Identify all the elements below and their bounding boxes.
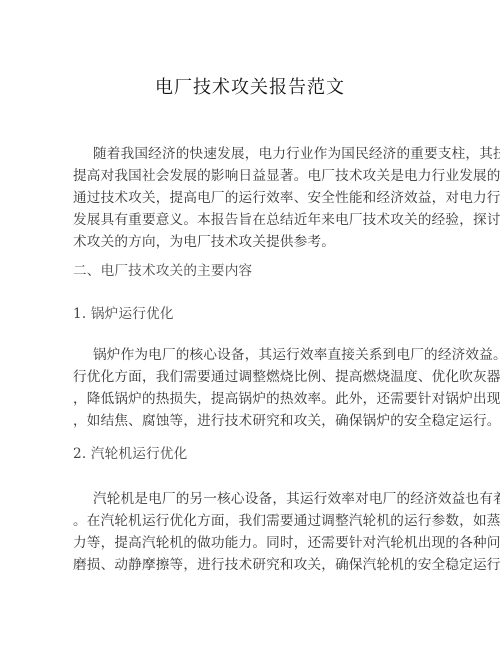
paragraph-line: 提高对我国社会发展的影响日益显著。电厂技术攻关是电力行业发展的重要环节， bbox=[73, 167, 500, 185]
paragraph-line: 发展具有重要意义。本报告旨在总结近年来电厂技术攻关的经验，探讨未来电厂技 bbox=[73, 211, 500, 229]
paragraph-line: 随着我国经济的快速发展，电力行业作为国民经济的重要支柱，其技术水平的 bbox=[93, 145, 500, 163]
section-heading: 二、电厂技术攻关的主要内容 bbox=[73, 262, 252, 280]
document-title: 电厂技术攻关报告范文 bbox=[0, 76, 500, 100]
paragraph-line: ，如结焦、腐蚀等，进行技术研究和攻关，确保锅炉的安全稳定运行。 bbox=[73, 412, 500, 430]
subsection-heading: 1. 锅炉运行优化 bbox=[73, 305, 174, 323]
paragraph-line: ，降低锅炉的热损失，提高锅炉的热效率。此外，还需要针对锅炉出现的各种问题 bbox=[73, 390, 500, 408]
paragraph-line: 汽轮机是电厂的另一核心设备，其运行效率对电厂的经济效益也有着重要影响 bbox=[93, 490, 500, 508]
paragraph-line: 行优化方面，我们需要通过调整燃烧比例、提高燃烧温度、优化吹灰器运行等手段 bbox=[73, 368, 500, 386]
subsection-heading: 2. 汽轮机运行优化 bbox=[73, 445, 187, 463]
paragraph-line: 术攻关的方向，为电厂技术攻关提供参考。 bbox=[73, 233, 335, 251]
paragraph-line: 。在汽轮机运行优化方面，我们需要通过调整汽轮机的运行参数，如蒸汽温度、压 bbox=[73, 512, 500, 530]
document-page: 电厂技术攻关报告范文 随着我国经济的快速发展，电力行业作为国民经济的重要支柱，其… bbox=[0, 0, 500, 647]
paragraph-line: 力等，提高汽轮机的做功能力。同时，还需要针对汽轮机出现的各种问题，如叶片 bbox=[73, 534, 500, 552]
paragraph-line: 锅炉作为电厂的核心设备，其运行效率直接关系到电厂的经济效益。在锅炉运 bbox=[93, 346, 500, 364]
paragraph-line: 通过技术攻关，提高电厂的运行效率、安全性能和经济效益，对电力行业的可持续 bbox=[73, 189, 500, 207]
paragraph-line: 磨损、动静摩擦等，进行技术研究和攻关，确保汽轮机的安全稳定运行。 bbox=[73, 556, 500, 574]
